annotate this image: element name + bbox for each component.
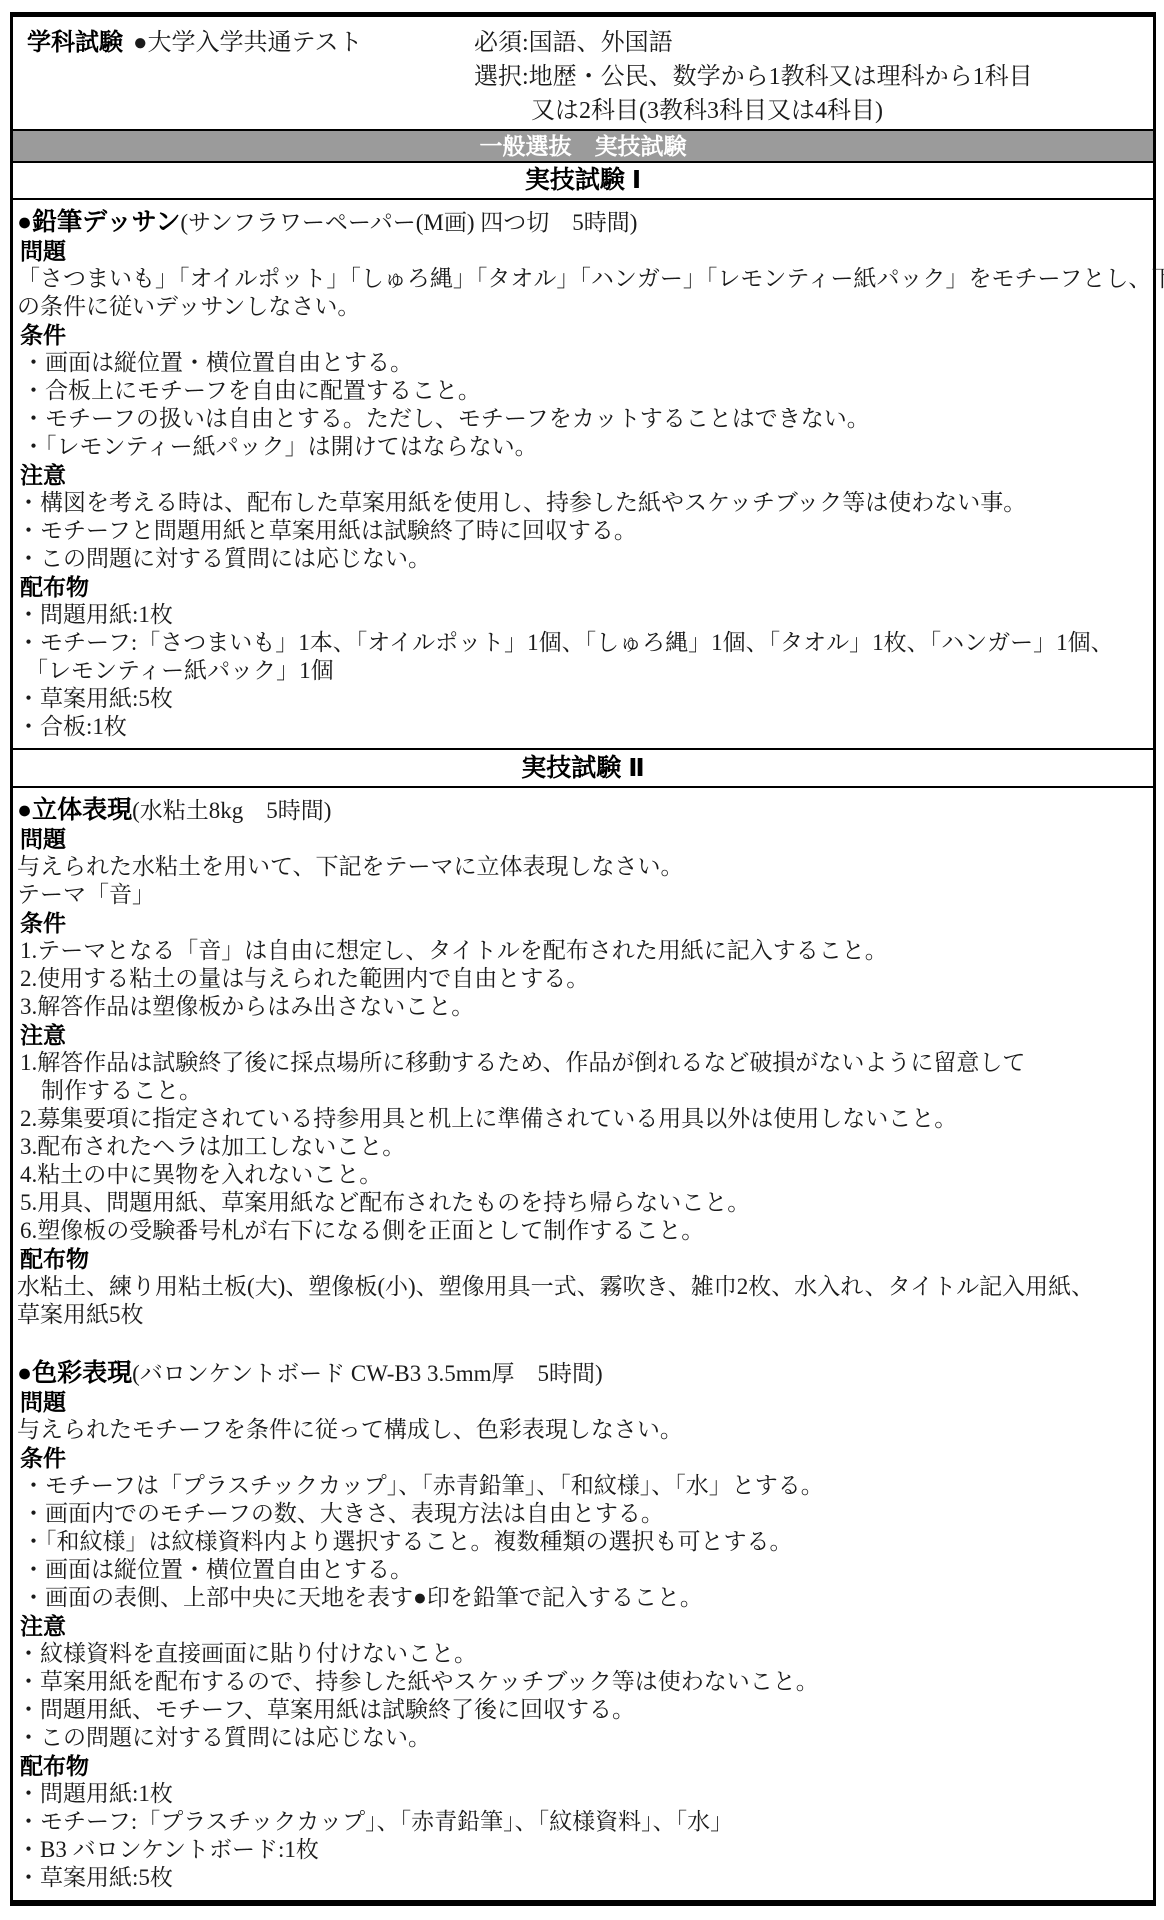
subject-info: (水粘土8kg 5時間) xyxy=(132,798,331,823)
academic-exam-row: 学科試験●大学入学共通テスト 必須:国語、外国語 選択:地歴・公民、数学から1教… xyxy=(13,17,1153,129)
continuation-line: 制作すること。 xyxy=(41,1077,1139,1105)
body-text-line: 「さつまいも」「オイルポット」「しゅろ縄」「タオル」「ハンガー」「レモンティー紙… xyxy=(17,265,1139,293)
blank-spacer xyxy=(13,1329,1139,1359)
section-heading: 問題 xyxy=(20,1388,1139,1416)
note-item: ・構図を考える時は、配布した草案用紙を使用し、持参した紙やスケッチブック等は使わ… xyxy=(17,489,1139,517)
note-item: ・問題用紙:1枚 xyxy=(17,1780,1139,1808)
common-test-name: ●大学入学共通テスト xyxy=(133,30,363,56)
note-item: ・モチーフ:「プラスチックカップ」、「赤青鉛筆」、「紋様資料」、「水」 xyxy=(17,1808,1139,1836)
subject-name: ●立体表現 xyxy=(17,796,132,824)
body-text-line: の条件に従いデッサンしなさい。 xyxy=(17,293,1139,321)
note-item: ・問題用紙:1枚 xyxy=(17,601,1139,629)
condition-item: ・モチーフは「プラスチックカップ」、「赤青鉛筆」、「和紋様」、「水」とする。 xyxy=(22,1472,1139,1500)
academic-subject-requirements: 必須:国語、外国語 選択:地歴・公民、数学から1教科又は理科から1科目 又は2科… xyxy=(474,26,1143,129)
selection-header: 一般選抜 実技試験 xyxy=(13,129,1153,163)
required-subjects-line: 必須:国語、外国語 xyxy=(474,26,1143,60)
section-heading: 条件 xyxy=(20,1444,1139,1472)
note-item: ・草案用紙:5枚 xyxy=(17,1864,1139,1892)
subject-title: ●立体表現(水粘土8kg 5時間) xyxy=(17,796,1139,825)
academic-exam-label: 学科試験 xyxy=(27,29,123,56)
note-item: ・この問題に対する質問には応じない。 xyxy=(17,545,1139,573)
numbered-item: 2.募集要項に指定されている持参用具と机上に準備されている用具以外は使用しないこ… xyxy=(20,1105,1139,1133)
note-item: ・モチーフと問題用紙と草案用紙は試験終了時に回収する。 xyxy=(17,517,1139,545)
elective-subjects-line: 選択:地歴・公民、数学から1教科又は理科から1科目 xyxy=(474,60,1143,94)
section-heading: 配布物 xyxy=(20,1752,1139,1780)
subject-info: (バロンケントボード CW-B3 3.5mm厚 5時間) xyxy=(132,1361,603,1386)
note-item: ・草案用紙を配布するので、持参した紙やスケッチブック等は使わないこと。 xyxy=(17,1668,1139,1696)
elective-subjects-continuation: 又は2科目(3教科3科目又は4科目) xyxy=(474,94,1143,128)
subject-title: ●鉛筆デッサン(サンフラワーペーパー(M画) 四つ切 5時間) xyxy=(17,208,1139,237)
numbered-item: 3.解答作品は塑像板からはみ出さないこと。 xyxy=(20,993,1139,1021)
section-heading: 条件 xyxy=(20,909,1139,937)
condition-item: ・合板上にモチーフを自由に配置すること。 xyxy=(22,377,1139,405)
note-item: ・紋様資料を直接画面に貼り付けないこと。 xyxy=(17,1640,1139,1668)
body-text-line: 草案用紙5枚 xyxy=(17,1301,1139,1329)
numbered-item: 1.解答作品は試験終了後に採点場所に移動するため、作品が倒れるなど破損がないよう… xyxy=(20,1049,1139,1077)
condition-item: ・画面は縦位置・横位置自由とする。 xyxy=(22,1556,1139,1584)
section-heading: 注意 xyxy=(20,461,1139,489)
section-heading: 条件 xyxy=(20,321,1139,349)
numbered-item: 1.テーマとなる「音」は自由に想定し、タイトルを配布された用紙に記入すること。 xyxy=(20,937,1139,965)
note-item: ・B3 バロンケントボード:1枚 xyxy=(17,1836,1139,1864)
section-heading: 配布物 xyxy=(20,1245,1139,1273)
practical-exam-2-header: 実技試験 Ⅱ xyxy=(13,748,1153,788)
exam-info-table: 学科試験●大学入学共通テスト 必須:国語、外国語 選択:地歴・公民、数学から1教… xyxy=(10,12,1156,1906)
subject-name: ●色彩表現 xyxy=(17,1359,132,1387)
practical-exam-2-section: ●立体表現(水粘土8kg 5時間)問題与えられた水粘土を用いて、下記をテーマに立… xyxy=(13,788,1153,1900)
numbered-item: 5.用具、問題用紙、草案用紙など配布されたものを持ち帰らないこと。 xyxy=(20,1189,1139,1217)
section-heading: 配布物 xyxy=(20,573,1139,601)
note-item: ・合板:1枚 xyxy=(17,713,1139,741)
practical-exam-1-section: ●鉛筆デッサン(サンフラワーペーパー(M画) 四つ切 5時間)問題「さつまいも」… xyxy=(13,200,1153,748)
section-heading: 問題 xyxy=(20,237,1139,265)
note-item: ・草案用紙:5枚 xyxy=(17,685,1139,713)
subject-name: ●鉛筆デッサン xyxy=(17,208,180,236)
practical-exam-1-header: 実技試験 Ⅰ xyxy=(13,163,1153,200)
subject-title: ●色彩表現(バロンケントボード CW-B3 3.5mm厚 5時間) xyxy=(17,1359,1139,1388)
condition-item: ・「レモンティー紙パック」は開けてはならない。 xyxy=(22,433,1139,461)
body-text-line: 与えられた水粘土を用いて、下記をテーマに立体表現しなさい。 xyxy=(17,853,1139,881)
academic-exam-left-cell: 学科試験●大学入学共通テスト xyxy=(27,26,474,129)
numbered-item: 4.粘土の中に異物を入れないこと。 xyxy=(20,1161,1139,1189)
body-text-line: 水粘土、練り用粘土板(大)、塑像板(小)、塑像用具一式、霧吹き、雑巾2枚、水入れ… xyxy=(17,1273,1139,1301)
continuation-line: 「レモンティー紙パック」1個 xyxy=(25,657,1139,685)
body-text-line: 与えられたモチーフを条件に従って構成し、色彩表現しなさい。 xyxy=(17,1416,1139,1444)
subject-info: (サンフラワーペーパー(M画) 四つ切 5時間) xyxy=(180,210,637,235)
body-text-line: テーマ「音」 xyxy=(17,881,1139,909)
condition-item: ・画面は縦位置・横位置自由とする。 xyxy=(22,349,1139,377)
numbered-item: 3.配布されたヘラは加工しないこと。 xyxy=(20,1133,1139,1161)
condition-item: ・画面内でのモチーフの数、大きさ、表現方法は自由とする。 xyxy=(22,1500,1139,1528)
section-heading: 注意 xyxy=(20,1612,1139,1640)
condition-item: ・「和紋様」は紋様資料内より選択すること。複数種類の選択も可とする。 xyxy=(22,1528,1139,1556)
numbered-item: 6.塑像板の受験番号札が右下になる側を正面として制作すること。 xyxy=(20,1217,1139,1245)
note-item: ・モチーフ:「さつまいも」1本、「オイルポット」1個、「しゅろ縄」1個、「タオル… xyxy=(17,629,1139,657)
section-heading: 問題 xyxy=(20,825,1139,853)
note-item: ・問題用紙、モチーフ、草案用紙は試験終了後に回収する。 xyxy=(17,1696,1139,1724)
condition-item: ・画面の表側、上部中央に天地を表す●印を鉛筆で記入すること。 xyxy=(22,1584,1139,1612)
condition-item: ・モチーフの扱いは自由とする。ただし、モチーフをカットすることはできない。 xyxy=(22,405,1139,433)
note-item: ・この問題に対する質問には応じない。 xyxy=(17,1724,1139,1752)
numbered-item: 2.使用する粘土の量は与えられた範囲内で自由とする。 xyxy=(20,965,1139,993)
section-heading: 注意 xyxy=(20,1021,1139,1049)
